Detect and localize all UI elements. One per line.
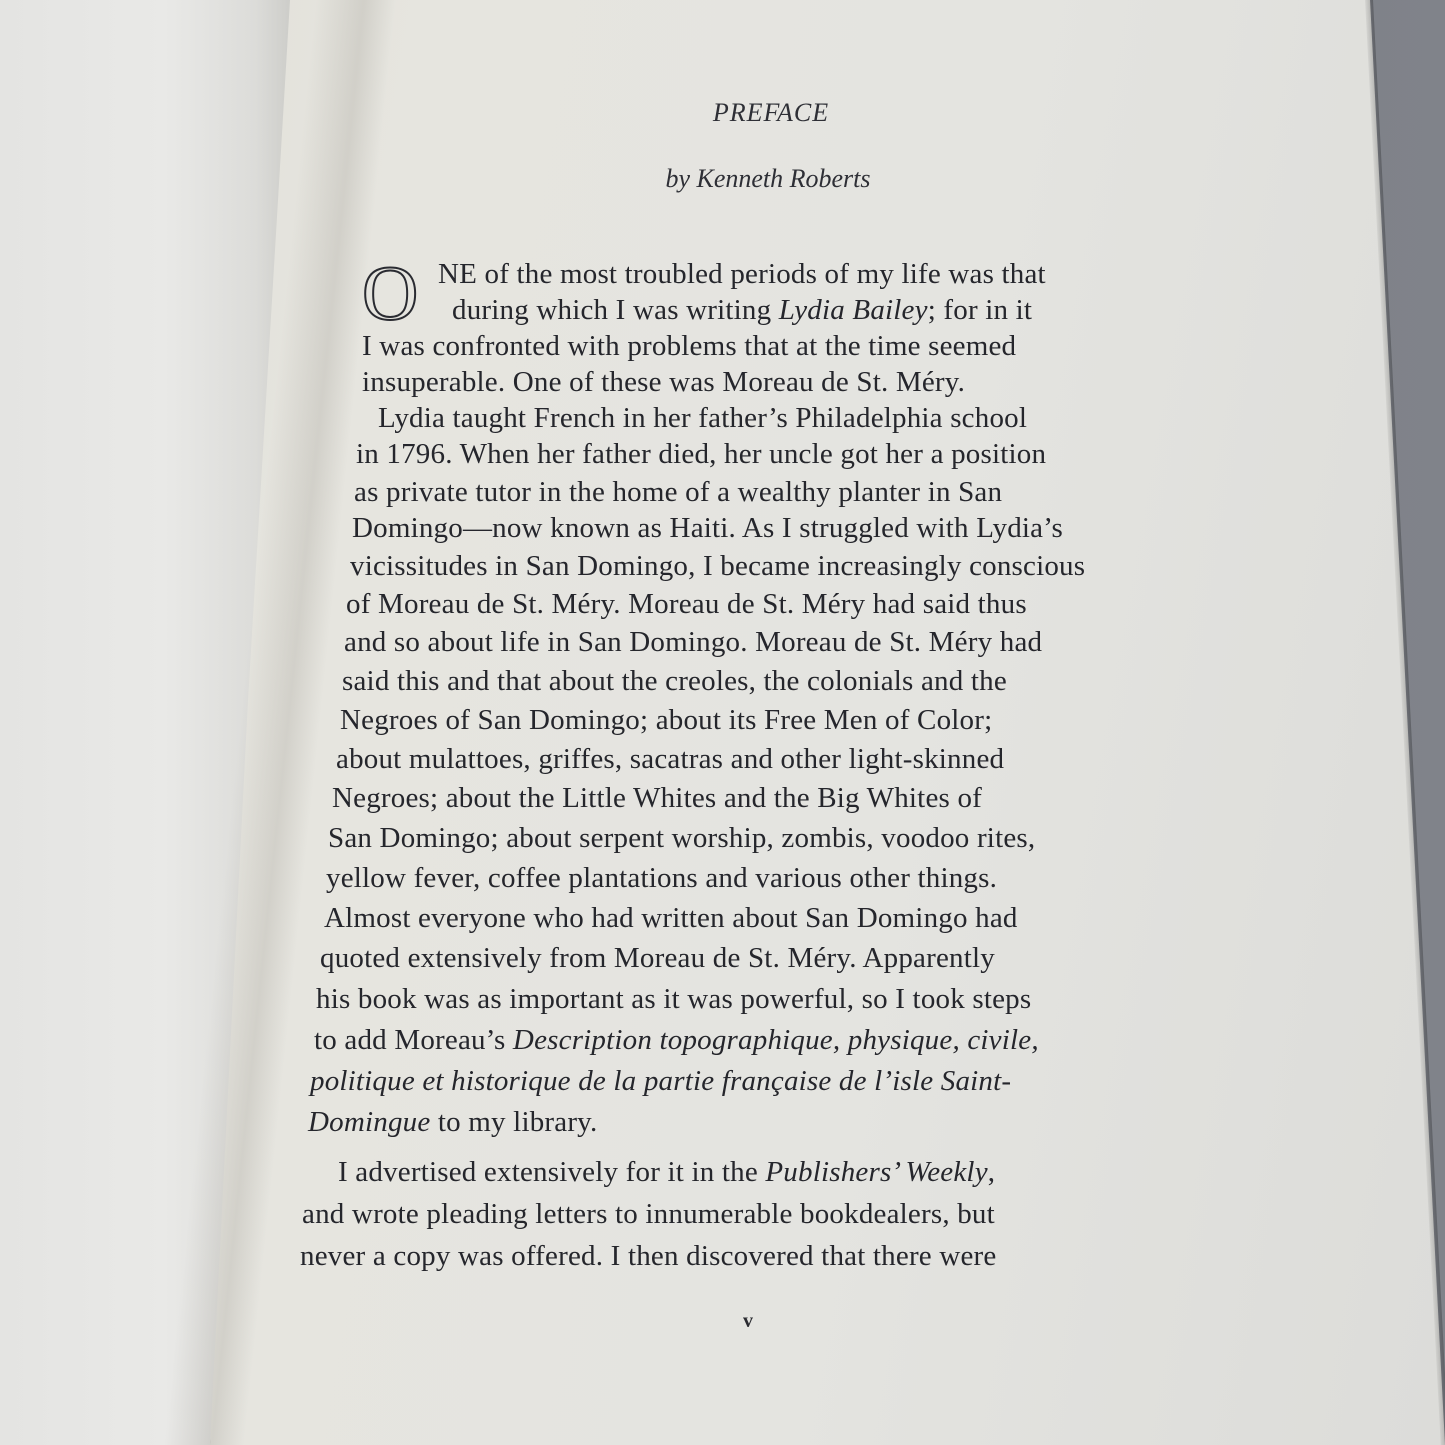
text-line: Domingue to my library.	[308, 1106, 597, 1139]
text-line: and so about life in San Domingo. Moreau…	[344, 626, 1042, 659]
text-line: I advertised extensively for it in the P…	[338, 1156, 995, 1189]
text-line: NE of the most troubled periods of my li…	[438, 258, 1046, 291]
text-line: Negroes of San Domingo; about its Free M…	[340, 704, 992, 737]
text-line: during which I was writing Lydia Bailey;…	[452, 294, 1032, 327]
text-line: of Moreau de St. Méry. Moreau de St. Mér…	[346, 588, 1027, 621]
text-line: his book was as important as it was powe…	[316, 983, 1031, 1016]
text-line: I was confronted with problems that at t…	[362, 330, 1016, 363]
text-line: as private tutor in the home of a wealth…	[354, 476, 1002, 509]
text-line: and wrote pleading letters to innumerabl…	[302, 1198, 995, 1231]
text-line: Domingo—now known as Haiti. As I struggl…	[352, 512, 1063, 545]
page-number: v	[743, 1310, 753, 1333]
text-line: politique et historique de la partie fra…	[310, 1065, 1011, 1098]
text-line: San Domingo; about serpent worship, zomb…	[328, 822, 1035, 855]
text-line: Negroes; about the Little Whites and the…	[332, 782, 982, 815]
book-photo: PREFACE by Kenneth Roberts O NE of the m…	[0, 0, 1445, 1445]
text-line: never a copy was offered. I then discove…	[300, 1240, 996, 1273]
text-line: yellow fever, coffee plantations and var…	[326, 862, 997, 895]
text-line: Almost everyone who had written about Sa…	[324, 902, 1018, 935]
author-byline: by Kenneth Roberts	[628, 164, 908, 194]
page-title: PREFACE	[696, 98, 846, 128]
text-line: about mulattoes, griffes, sacatras and o…	[336, 743, 1004, 776]
text-line: Lydia taught French in her father’s Phil…	[378, 402, 1027, 435]
text-line: quoted extensively from Moreau de St. Mé…	[320, 942, 995, 975]
drop-cap: O	[362, 254, 418, 332]
text-line: insuperable. One of these was Moreau de …	[362, 366, 965, 399]
text-line: to add Moreau’s Description topographiqu…	[314, 1024, 1039, 1057]
text-line: in 1796. When her father died, her uncle…	[356, 438, 1046, 471]
text-line: vicissitudes in San Domingo, I became in…	[350, 550, 1085, 583]
text-line: said this and that about the creoles, th…	[342, 665, 1007, 698]
